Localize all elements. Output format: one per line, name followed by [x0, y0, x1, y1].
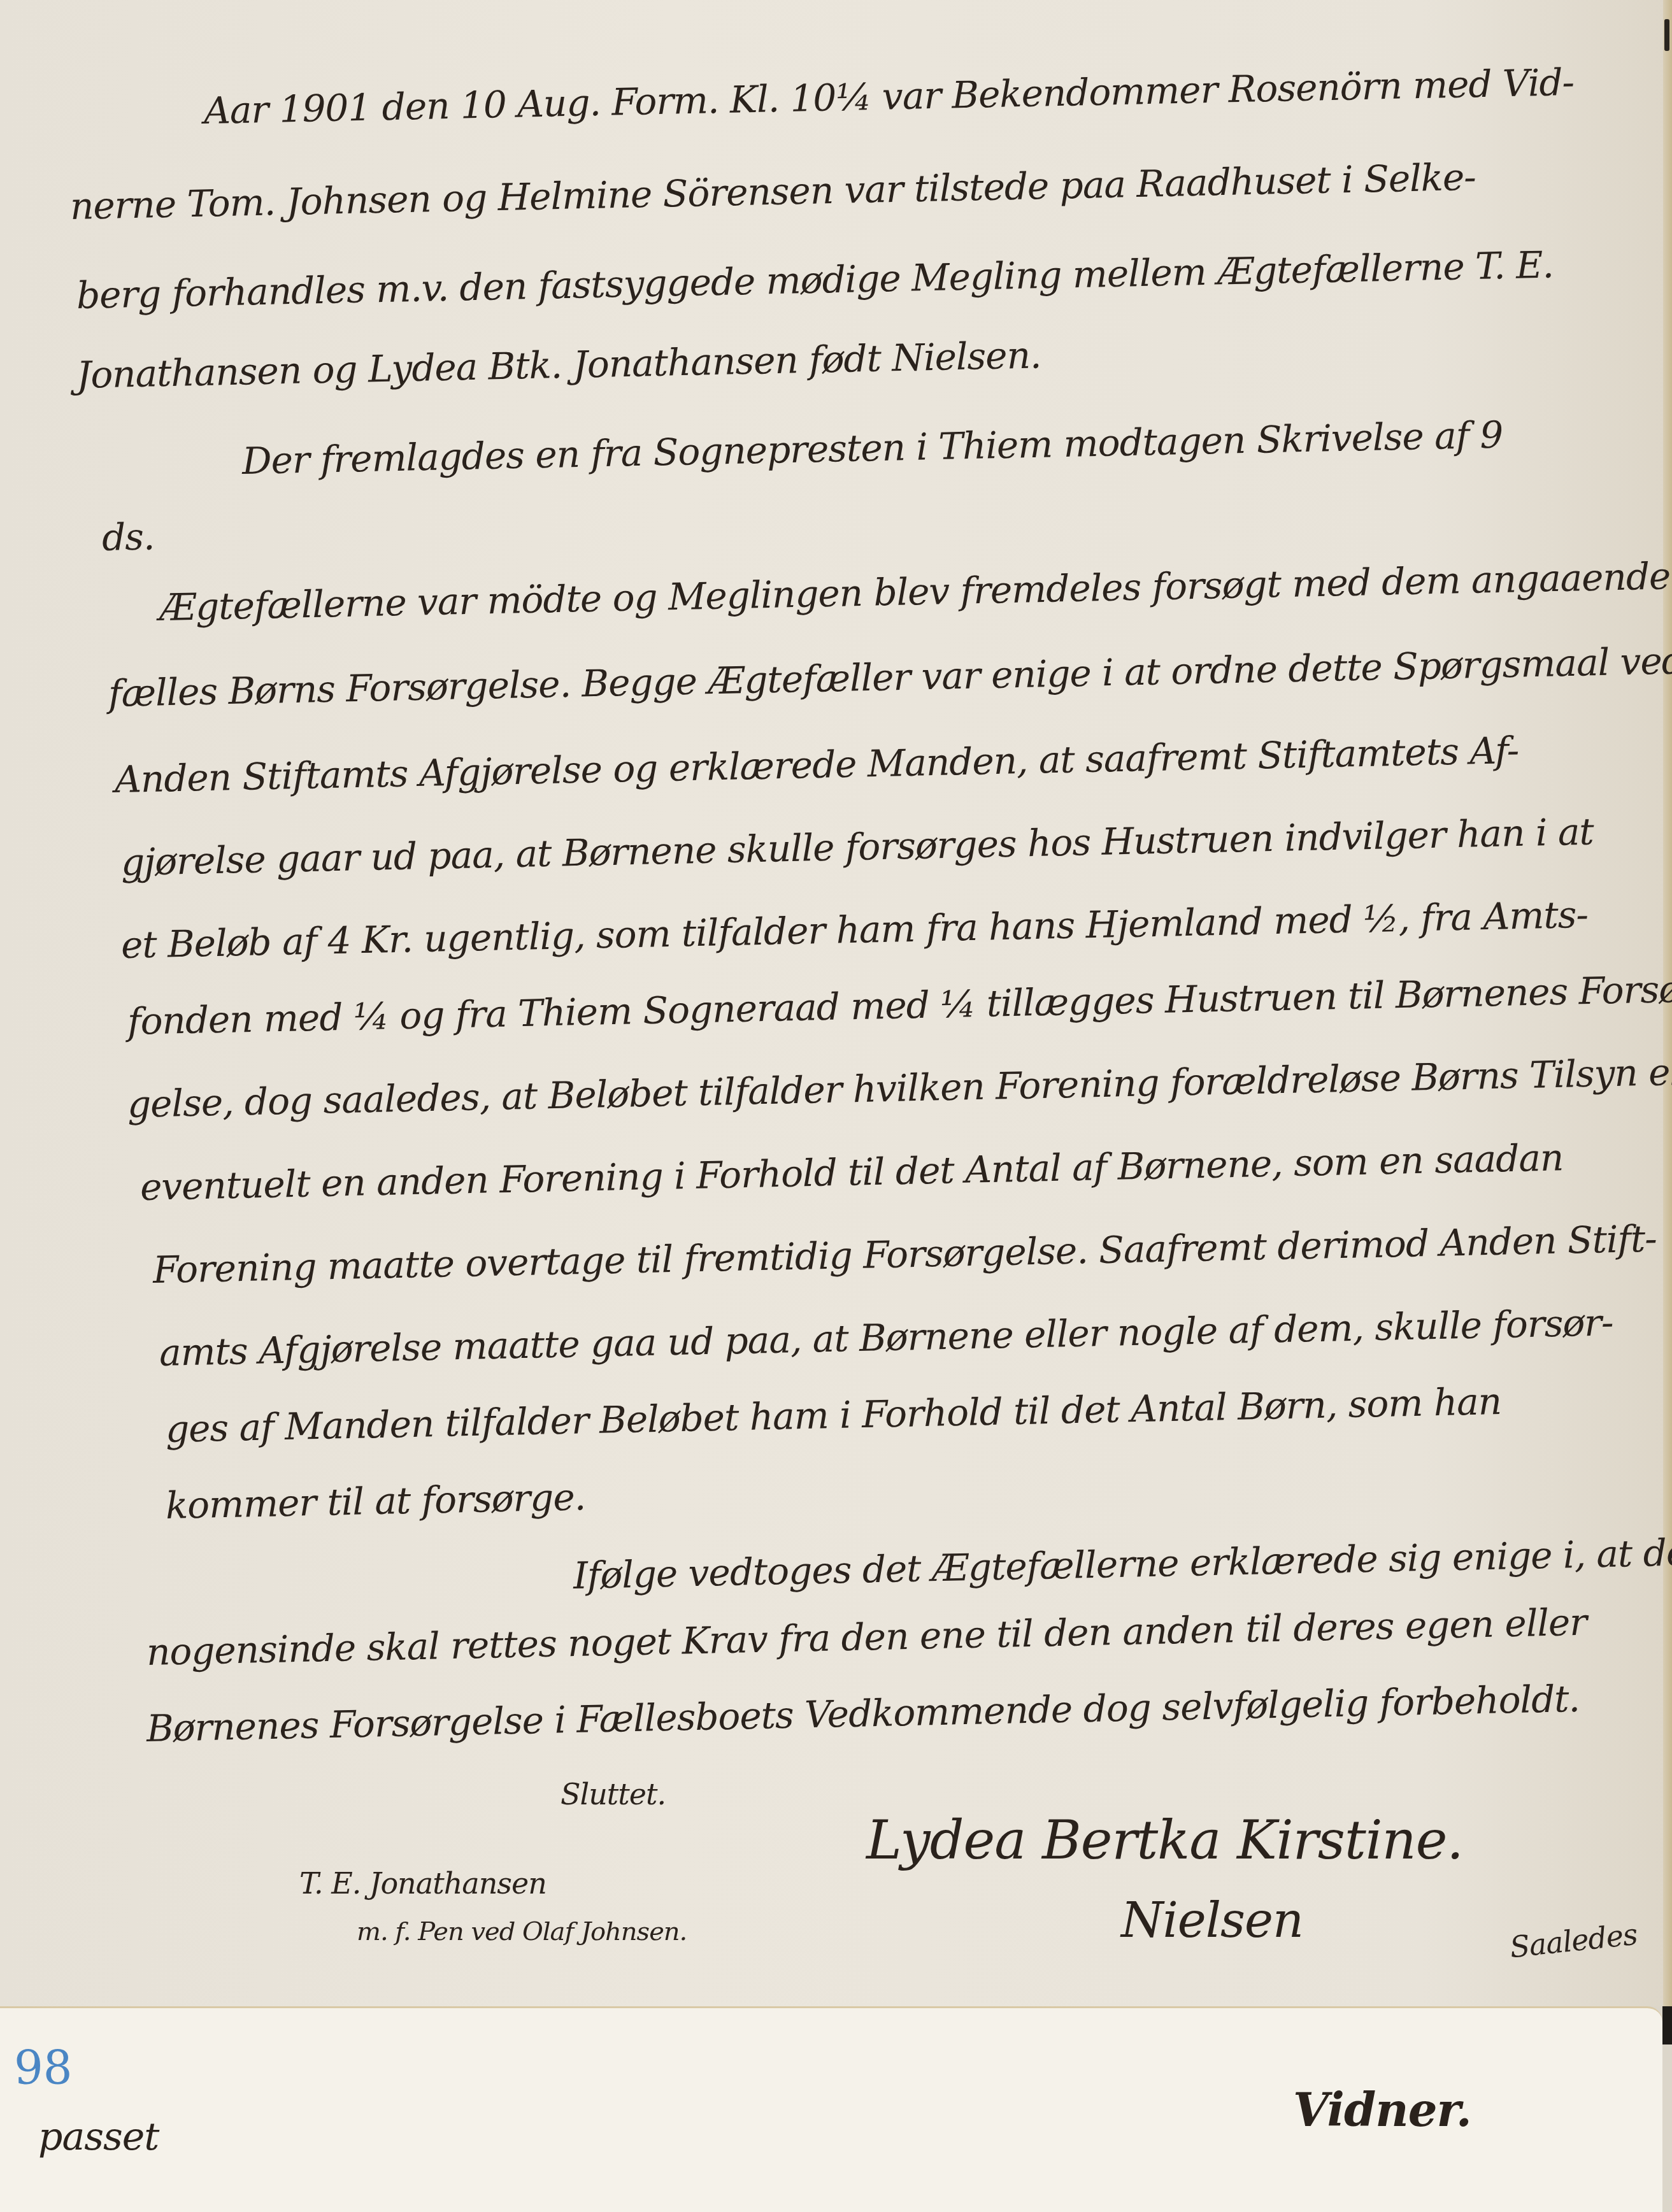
binding-mark — [1664, 19, 1669, 51]
signature-husband-note: m. f. Pen ved Olaf Johnsen. — [357, 1917, 687, 1946]
signature-husband: T. E. Jonathansen — [299, 1866, 547, 1901]
text-line: kommer til at forsørge. — [165, 1475, 585, 1527]
page-number: 98 — [14, 2041, 73, 2095]
closing-text: Sluttet. — [561, 1777, 666, 1811]
signature-vidner: Vidner. — [1293, 2083, 1471, 2137]
page-shadow — [1662, 2006, 1672, 2044]
signature-wife-surname: Nielsen — [1121, 1892, 1303, 1948]
text-line: ds. — [101, 515, 155, 559]
left-note-passet: passet — [38, 2115, 159, 2159]
signature-wife-name: Lydea Bertka Kirstine. — [866, 1809, 1463, 1871]
